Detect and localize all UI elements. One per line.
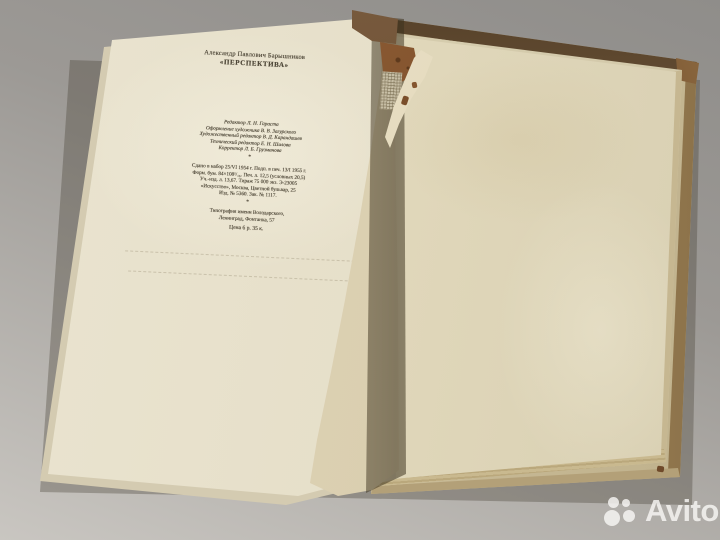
paper-stain — [657, 466, 665, 473]
photo-scene: Александр Павлович Барышников «ПЕРСПЕКТИ… — [0, 0, 720, 540]
glue-fleck — [411, 82, 417, 89]
avito-watermark: Avito — [604, 494, 719, 528]
avito-logo-icon — [604, 494, 640, 528]
colophon-text-block: Александр Павлович Барышников «ПЕРСПЕКТИ… — [131, 46, 370, 238]
avito-brand-text: Avito — [645, 494, 719, 528]
